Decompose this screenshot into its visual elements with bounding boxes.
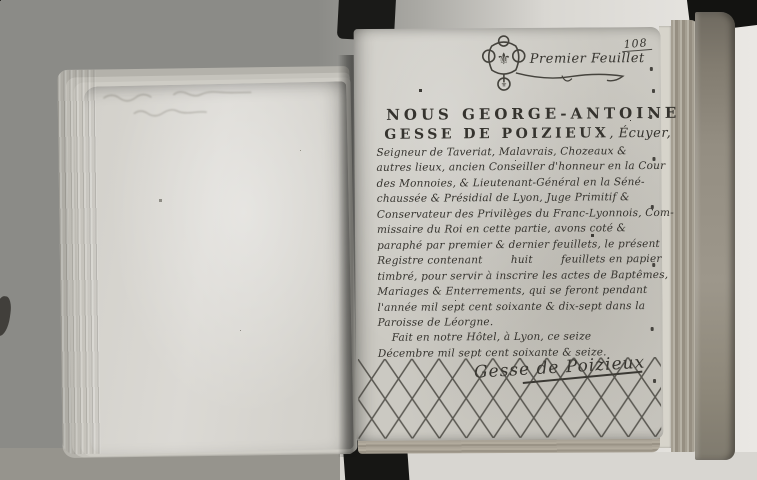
body-line: autres lieux, ancien Conseiller d'honneu…	[376, 160, 665, 174]
body-line: l'année mil sept cent soixante & dix-sep…	[377, 300, 645, 314]
right-fore-edge-cover	[695, 12, 735, 460]
background-dark-object	[0, 295, 13, 337]
body-line: chaussée & Présidial de Lyon, Juge Primi…	[377, 191, 630, 205]
folio-number: 108	[621, 36, 652, 52]
underline-flourish	[514, 67, 626, 86]
body-line: Conservateur des Privilèges du Franc-Lyo…	[377, 207, 674, 221]
svg-text:⚜: ⚜	[497, 49, 511, 68]
body-line: des Monnoies, & Lieutenant-Général en la…	[377, 176, 645, 190]
left-blank-page	[83, 81, 354, 454]
body-line: Seigneur de Taveriat, Malavrais, Chozeau…	[376, 145, 626, 159]
closing-line: Fait en notre Hôtel, à Lyon, ce seize	[392, 330, 592, 343]
body-line: Mariages & Enterrements, qui se feront p…	[377, 284, 647, 298]
heading-line-1: NOUS GEORGE-ANTOINE	[386, 104, 680, 124]
heading-line-2-script: , Écuyer,	[609, 126, 671, 141]
heading-line-2: GESSE DE POIZIEUX, Écuyer,	[384, 125, 671, 143]
right-manuscript-page: 108 ⚜ ⚜ Premier Feuillet NOUS GEORGE-ANT…	[354, 27, 664, 441]
manuscript-scan: 108 ⚜ ⚜ Premier Feuillet NOUS GEORGE-ANT…	[0, 0, 757, 480]
svg-text:⚜: ⚜	[501, 81, 507, 89]
crosshatch-cancellation	[358, 357, 662, 439]
ink-bleedthrough	[93, 84, 334, 129]
body-line: timbré, pour servir à inscrire les actes…	[377, 269, 668, 283]
body-line: Paroisse de Léorgne.	[378, 316, 494, 329]
body-line: missaire du Roi en cette partie, avons c…	[377, 222, 626, 236]
heading-line-2-caps: GESSE DE POIZIEUX	[384, 125, 609, 143]
right-fore-edge-pages	[671, 20, 697, 452]
paper-speckles	[0, 0, 1, 1]
premier-feuillet-label: Premier Feuillet	[530, 51, 645, 67]
body-line: paraphé par premier & dernier feuillets,…	[377, 238, 660, 252]
left-fore-edge-pages	[57, 70, 100, 454]
body-line: Registre contenant huit feuillets en pap…	[377, 253, 661, 267]
